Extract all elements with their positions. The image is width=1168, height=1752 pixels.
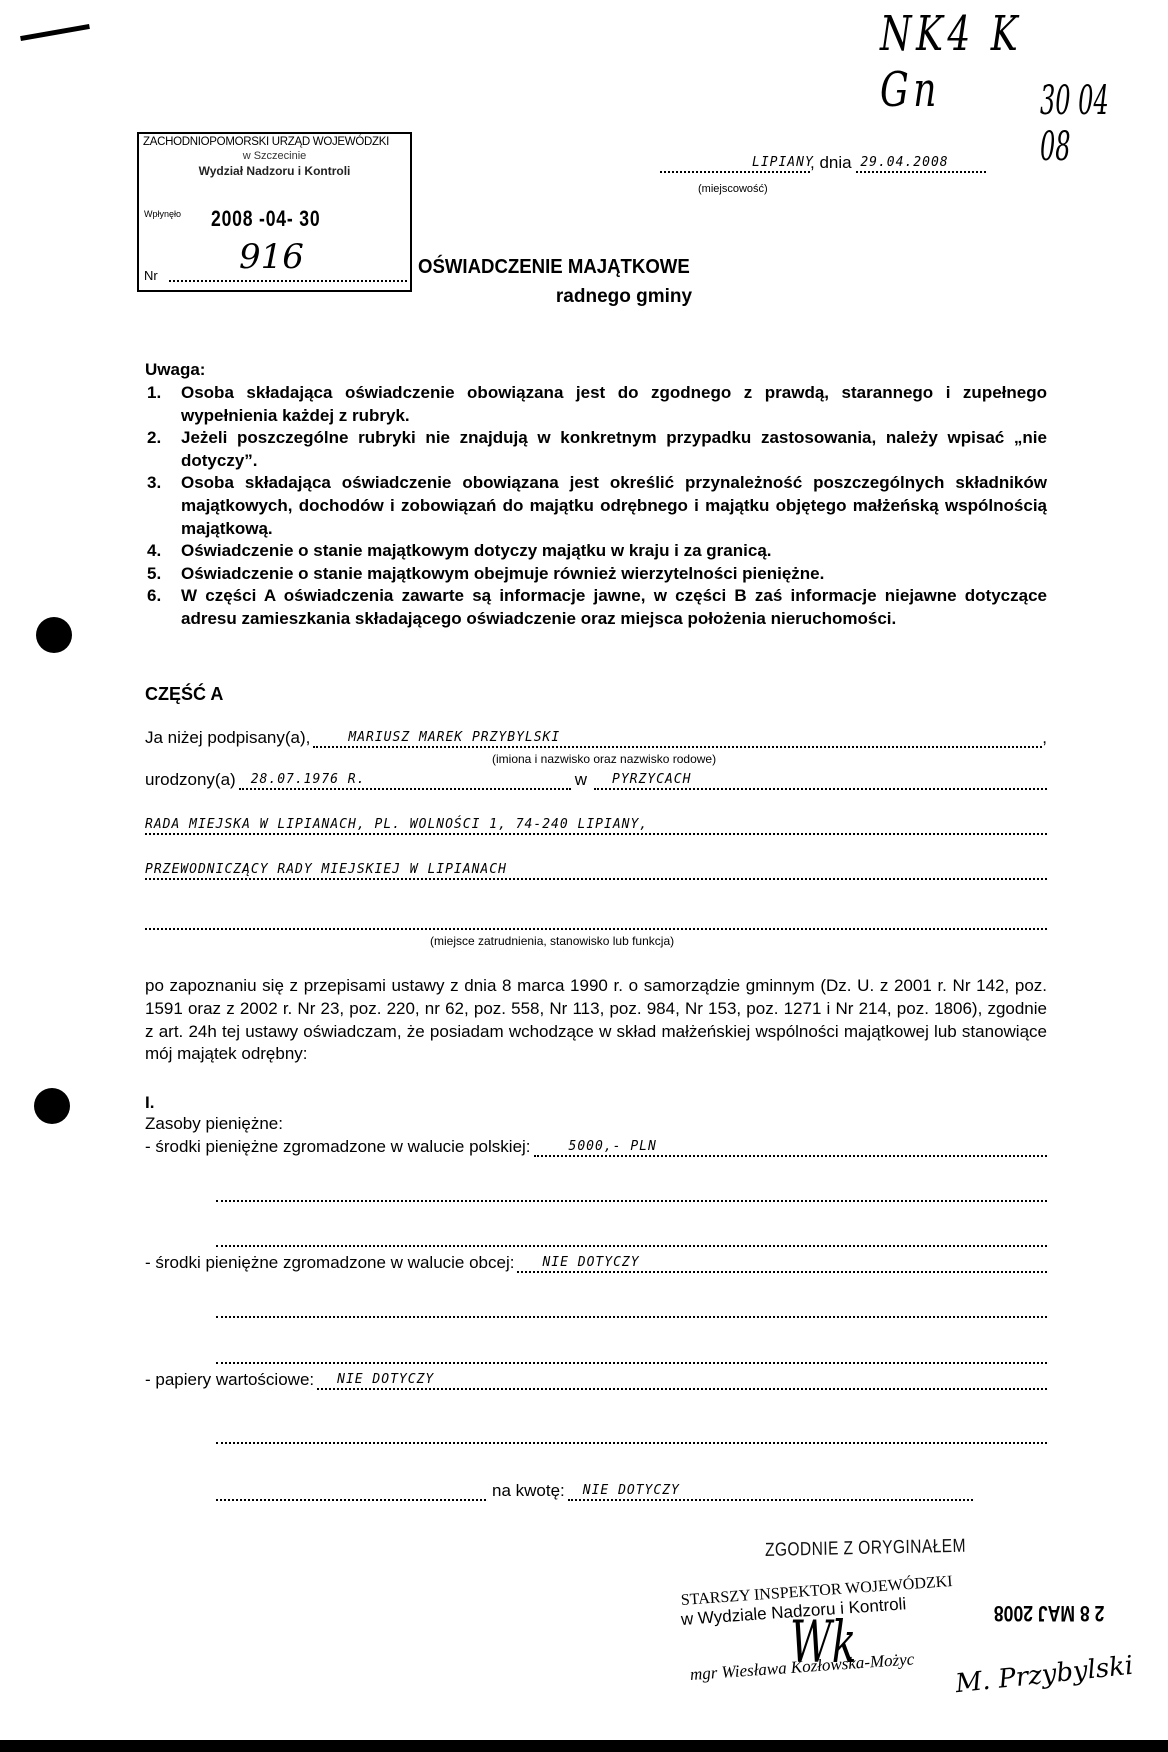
stamp-city: w Szczecinie (139, 150, 410, 162)
born-place-field[interactable]: PYRZYCACH (594, 770, 1047, 790)
comma: , (1042, 728, 1047, 748)
note-number: 5. (147, 563, 161, 586)
note-number: 3. (147, 472, 161, 495)
section-number: I. (145, 1093, 154, 1113)
employment-field-1[interactable]: RADA MIEJSKA W LIPIANACH, PL. WOLNOŚCI 1… (145, 815, 1047, 835)
punch-hole-bottom (34, 1088, 70, 1124)
note-text: Oświadczenie o stanie majątkowym dotyczy… (181, 541, 772, 560)
foreign-extra-line-2[interactable] (216, 1362, 1047, 1364)
foreign-extra-line-1[interactable] (216, 1316, 1047, 1318)
note-item: 5.Oświadczenie o stanie majątkowym obejm… (145, 563, 1047, 586)
notes-list: 1.Osoba składająca oświadczenie obowiąza… (145, 382, 1047, 631)
part-a-heading: CZĘŚĆ A (145, 684, 223, 705)
foreign-label: - środki pieniężne zgromadzone w walucie… (145, 1253, 514, 1273)
date-field[interactable]: 29.04.2008 (856, 155, 986, 173)
securities-label: - papiery wartościowe: (145, 1370, 314, 1390)
born-row: urodzony(a) 28.07.1976 R. w PYRZYCACH (145, 770, 1047, 790)
securities-extra-line[interactable] (216, 1442, 1047, 1444)
amount-label: na kwotę: (492, 1481, 565, 1501)
document-title: OŚWIADCZENIE MAJĄTKOWE (418, 256, 690, 279)
note-item: 6.W części A oświadczenia zawarte są inf… (145, 585, 1047, 630)
stamp-number-value: 916 (239, 237, 304, 277)
employment-field-2[interactable]: PRZEWODNICZĄCY RADY MIEJSKIEJ W LIPIANAC… (145, 860, 1047, 880)
place-date-line: LIPIANY, dnia 29.04.2008 (660, 153, 986, 173)
note-text: Oświadczenie o stanie majątkowym obejmuj… (181, 564, 824, 583)
employment-value-1: RADA MIEJSKA W LIPIANACH, PL. WOLNOŚCI 1… (145, 817, 648, 832)
pln-extra-line-2[interactable] (216, 1245, 1047, 1247)
section-heading: Zasoby pieniężne: (145, 1114, 283, 1134)
scan-artifact-line (20, 24, 90, 41)
foreign-row: - środki pieniężne zgromadzone w walucie… (145, 1253, 1047, 1273)
note-item: 3.Osoba składająca oświadczenie obowiąza… (145, 472, 1047, 540)
signed-label: Ja niżej podpisany(a), (145, 728, 310, 748)
true-copy-stamp: ZGODNIE Z ORYGINAŁEM (765, 1536, 966, 1562)
signed-field[interactable]: MARIUSZ MAREK PRZYBYLSKI (313, 728, 1042, 748)
document-subtitle: radnego gminy (0, 286, 1168, 308)
foreign-field[interactable]: NIE DOTYCZY (517, 1253, 1047, 1273)
place-field[interactable]: LIPIANY (660, 155, 810, 173)
amount-value: NIE DOTYCZY (583, 1483, 680, 1498)
copy-date-stamp: 2 8 MAJ 2008 (994, 1600, 1105, 1626)
amount-row: na kwotę: NIE DOTYCZY (216, 1481, 973, 1501)
note-number: 4. (147, 540, 161, 563)
securities-field[interactable]: NIE DOTYCZY (317, 1370, 1047, 1390)
employment-caption: (miejsce zatrudnienia, stanowisko lub fu… (430, 934, 674, 948)
securities-row: - papiery wartościowe: NIE DOTYCZY (145, 1370, 1047, 1390)
corner-date-handwriting: 30 04 08 (1040, 78, 1117, 170)
legal-paragraph: po zapoznaniu się z przepisami ustawy z … (145, 975, 1047, 1066)
stamp-received-label: Wpłynęło (144, 209, 181, 219)
signed-value: MARIUSZ MAREK PRZYBYLSKI (348, 730, 560, 745)
note-item: 4.Oświadczenie o stanie majątkowym dotyc… (145, 540, 1047, 563)
pln-field[interactable]: 5000,- PLN (534, 1137, 1047, 1157)
signed-caption: (imiona i nazwisko oraz nazwisko rodowe) (492, 752, 716, 766)
note-text: Osoba składająca oświadczenie obowiązana… (181, 473, 1047, 537)
amount-field[interactable]: NIE DOTYCZY (568, 1481, 973, 1501)
pln-label: - środki pieniężne zgromadzone w walucie… (145, 1137, 531, 1157)
born-in-label: w (575, 770, 587, 790)
date-label: dnia (819, 153, 851, 172)
employment-row-3 (145, 910, 1047, 930)
note-text: W części A oświadczenia zawarte są infor… (181, 586, 1047, 628)
note-item: 1.Osoba składająca oświadczenie obowiąza… (145, 382, 1047, 427)
born-date-value: 28.07.1976 R. (251, 772, 366, 787)
stamp-department: Wydział Nadzoru i Kontroli (139, 164, 410, 178)
foreign-value: NIE DOTYCZY (542, 1255, 639, 1270)
note-number: 1. (147, 382, 161, 405)
employment-field-3[interactable] (145, 910, 1047, 930)
punch-hole-top (36, 617, 72, 653)
place-value: LIPIANY (752, 155, 814, 170)
stamp-received-date: 2008 -04- 30 (211, 206, 320, 232)
pln-row: - środki pieniężne zgromadzone w walucie… (145, 1137, 1047, 1157)
stamp-office: ZACHODNIOPOMORSKI URZĄD WOJEWÓDZKI (143, 136, 408, 148)
note-text: Osoba składająca oświadczenie obowiązana… (181, 383, 1047, 425)
pln-value: 5000,- PLN (569, 1139, 657, 1154)
born-date-field[interactable]: 28.07.1976 R. (239, 770, 571, 790)
pln-extra-line-1[interactable] (216, 1200, 1047, 1202)
amount-prefix-line[interactable] (216, 1481, 486, 1501)
employment-row-2: PRZEWODNICZĄCY RADY MIEJSKIEJ W LIPIANAC… (145, 860, 1047, 880)
born-label: urodzony(a) (145, 770, 236, 790)
employment-row-1: RADA MIEJSKA W LIPIANACH, PL. WOLNOŚCI 1… (145, 815, 1047, 835)
scan-bottom-edge (0, 1740, 1168, 1752)
note-item: 2.Jeżeli poszczególne rubryki nie znajdu… (145, 427, 1047, 472)
stamp-number-line (169, 280, 407, 282)
place-caption: (miejscowość) (698, 183, 768, 195)
declarant-signature: M. Przybylski (954, 1651, 1135, 1699)
securities-value: NIE DOTYCZY (337, 1372, 434, 1387)
employment-value-2: PRZEWODNICZĄCY RADY MIEJSKIEJ W LIPIANAC… (145, 862, 507, 877)
notes-heading: Uwaga: (145, 360, 205, 380)
born-place-value: PYRZYCACH (612, 772, 691, 787)
stamp-number-label: Nr (144, 268, 158, 283)
date-value: 29.04.2008 (860, 155, 948, 170)
note-text: Jeżeli poszczególne rubryki nie znajdują… (181, 428, 1047, 470)
note-number: 6. (147, 585, 161, 608)
note-number: 2. (147, 427, 161, 450)
registration-stamp: ZACHODNIOPOMORSKI URZĄD WOJEWÓDZKI w Szc… (137, 132, 412, 292)
signed-row: Ja niżej podpisany(a), MARIUSZ MAREK PRZ… (145, 728, 1047, 748)
